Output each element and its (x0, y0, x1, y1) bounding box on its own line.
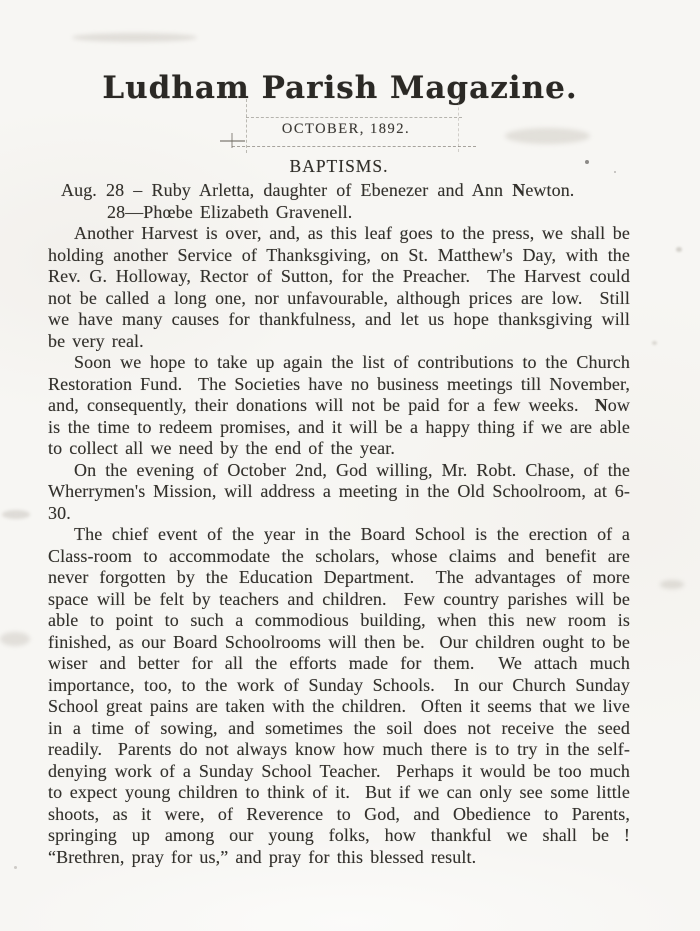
paragraph-school: The chief event of the year in the Board… (48, 524, 630, 868)
bold-initial: N (512, 180, 525, 200)
baptism-entry: Aug. 28 – Ruby Arletta, daughter of Eben… (61, 180, 630, 202)
paragraph-text: Soon we hope to take up again the list o… (48, 352, 637, 415)
pencil-rule-top (246, 117, 462, 118)
scan-smudge (660, 580, 684, 589)
paragraph-harvest: Another Harvest is over, and, as this le… (48, 223, 630, 352)
pencil-rule-bottom (232, 146, 476, 147)
scan-smudge (505, 128, 590, 144)
bold-initial: N (595, 395, 608, 415)
baptism-entry-text: Aug. 28 – Ruby Arletta, daughter of Eben… (61, 180, 512, 200)
baptism-entry: 28—Phœbe Elizabeth Gravenell. (107, 202, 630, 224)
magazine-page: Ludham Parish Magazine. OCTOBER, 1892. B… (0, 0, 700, 931)
paragraph-meeting: On the evening of October 2nd, God willi… (48, 460, 630, 525)
scan-smudge (2, 510, 30, 519)
scan-smudge (0, 632, 30, 646)
baptism-entry-text: ewton. (525, 180, 574, 200)
scan-smudge (72, 33, 197, 42)
article-body: Aug. 28 – Ruby Arletta, daughter of Eben… (48, 180, 630, 868)
scan-speck (676, 247, 682, 252)
pencil-cross-mark (220, 140, 245, 142)
scan-speck (652, 341, 657, 345)
baptisms-heading: BAPTISMS. (48, 156, 630, 177)
scan-speck (14, 866, 17, 869)
issue-date-box: OCTOBER, 1892. (220, 95, 472, 155)
paragraph-restoration-fund: Soon we hope to take up again the list o… (48, 352, 630, 460)
issue-date: OCTOBER, 1892. (220, 121, 472, 138)
